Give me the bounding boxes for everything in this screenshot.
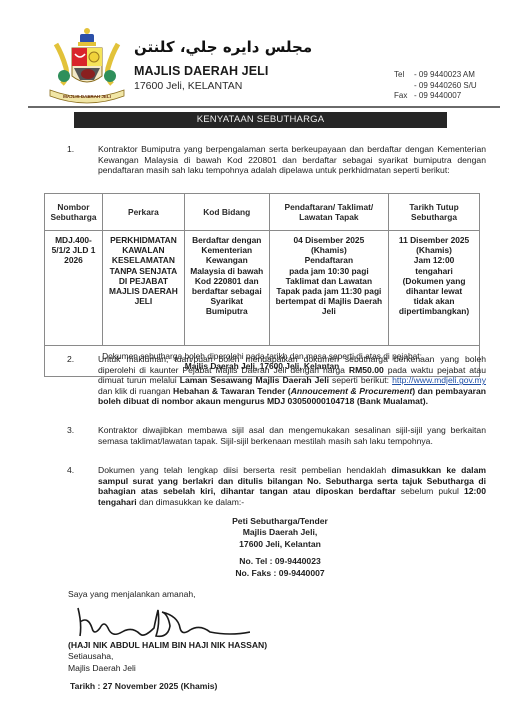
cell-kod-bidang: Berdaftar denganKementerianKewanganMalay… [184, 231, 269, 346]
paragraph-number: 1. [67, 144, 74, 155]
website-link[interactable]: http://www.mdjeli.gov.my [392, 375, 486, 385]
signature-icon [70, 598, 250, 640]
contact-fax: Fax- 09 9440007 [394, 91, 477, 102]
tender-box-address: Peti Sebutharga/Tender Majlis Daerah Jel… [180, 516, 380, 579]
paragraph-text: Kontraktor diwajibkan membawa sijil asal… [98, 425, 486, 446]
cell-pendaftaran: 04 Disember 2025(Khamis)Pendaftaranpada … [269, 231, 388, 346]
document-title: KENYATAAN SEBUTHARGA [74, 112, 447, 128]
contact-block: Tel- 09 9440023 AM - 09 9440260 S/U Fax-… [394, 70, 477, 102]
header-pendaftaran: Pendaftaran/ Taklimat/ Lawatan Tapak [269, 194, 388, 231]
header-tarikh-tutup: Tarikh Tutup Sebutharga [389, 194, 480, 231]
tender-fax: No. Faks : 09-9440007 [180, 568, 380, 579]
price: RM50.00 [349, 365, 384, 375]
table-row: MDJ.400-5/1/2 JLD 12026 PERKHIDMATANKAWA… [45, 231, 480, 346]
paragraph-2: 2. Untuk makluman, tuan/puan boleh menda… [50, 354, 486, 407]
section-name: Hebahan & Tawaran Tender (Annoucement & … [173, 386, 412, 396]
council-name-arabic: مجلس دايره جلي، كلنتن [134, 38, 312, 56]
council-crest-icon: MAJLIS DAERAH JELI [44, 24, 130, 106]
tender-tel: No. Tel : 09-9440023 [180, 556, 380, 567]
tender-table: Nombor Sebutharga Perkara Kod Bidang Pen… [44, 193, 480, 377]
header-perkara: Perkara [102, 194, 184, 231]
paragraph-1: 1. Kontraktor Bumiputra yang berpengalam… [50, 144, 486, 176]
council-address: 17600 Jeli, KELANTAN [134, 80, 242, 92]
cell-tarikh-tutup: 11 Disember 2025(Khamis)Jam 12:00tengaha… [389, 231, 480, 346]
paragraph-text: Untuk makluman, tuan/puan boleh mendapat… [98, 354, 486, 407]
header-kod-bidang: Kod Bidang [184, 194, 269, 231]
paragraph-text: Kontraktor Bumiputra yang berpengalaman … [98, 144, 486, 176]
paragraph-number: 2. [67, 354, 74, 365]
paragraph-number: 4. [67, 465, 74, 476]
table-header-row: Nombor Sebutharga Perkara Kod Bidang Pen… [45, 194, 480, 231]
contact-tel-am: Tel- 09 9440023 AM [394, 70, 477, 81]
svg-text:MAJLIS DAERAH JELI: MAJLIS DAERAH JELI [63, 94, 111, 99]
signer-role: Setiausaha, Majlis Daerah Jeli [68, 651, 136, 674]
contact-tel-su: - 09 9440260 S/U [394, 81, 477, 92]
council-name: MAJLIS DAERAH JELI [134, 64, 268, 78]
header-nombor: Nombor Sebutharga [45, 194, 103, 231]
signer-name: (HAJI NIK ABDUL HALIM BIN HAJI NIK HASSA… [68, 640, 267, 650]
paragraph-number: 3. [67, 425, 74, 436]
header-divider [28, 106, 500, 108]
website-label: Laman Sesawang Majlis Daerah Jeli [180, 375, 329, 385]
paragraph-4: 4. Dokumen yang telah lengkap diisi bers… [50, 465, 486, 507]
cell-nombor: MDJ.400-5/1/2 JLD 12026 [45, 231, 103, 346]
paragraph-text: Dokumen yang telah lengkap diisi bersert… [98, 465, 486, 507]
paragraph-3: 3. Kontraktor diwajibkan membawa sijil a… [50, 425, 486, 446]
document-date: Tarikh : 27 November 2025 (Khamis) [70, 681, 217, 691]
cell-perkara: PERKHIDMATANKAWALANKESELAMATANTANPA SENJ… [102, 231, 184, 346]
